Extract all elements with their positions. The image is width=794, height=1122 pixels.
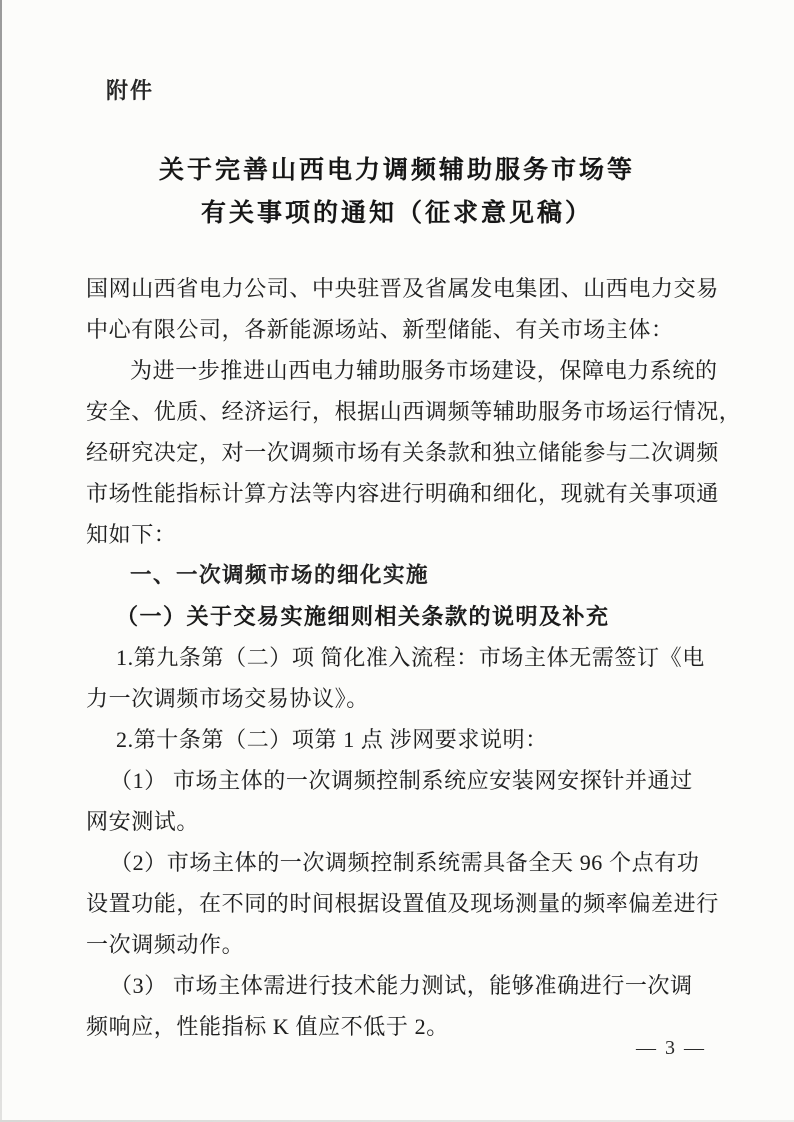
section-1-heading: 一、一次调频市场的细化实施 (86, 555, 766, 596)
document-title-line1: 关于完善山西电力调频辅助服务市场等 (0, 149, 794, 192)
recipient-line: 中心有限公司，各新能源场站、新型储能、有关市场主体： (86, 309, 766, 350)
attachment-label: 附件 (106, 74, 154, 105)
clause-1-line: 1.第九条第（二）项 简化准入流程：市场主体无需签订《电 (86, 637, 766, 678)
subclause-1-line: （1） 市场主体的一次调频控制系统应安装网安探针并通过 (86, 760, 766, 801)
subclause-2-line: （2）市场主体的一次调频控制系统需具备全天 96 个点有功 (86, 842, 766, 883)
scanned-document-page: 附件 关于完善山西电力调频辅助服务市场等 有关事项的通知（征求意见稿） 国网山西… (0, 0, 794, 1122)
subclause-2-line: 一次调频动作。 (86, 924, 766, 965)
subclause-2-line: 设置功能，在不同的时间根据设置值及现场测量的频率偏差进行 (86, 883, 766, 924)
recipient-line: 国网山西省电力公司、中央驻晋及省属发电集团、山西电力交易 (86, 268, 766, 309)
intro-paragraph-line: 经研究决定，对一次调频市场有关条款和独立储能参与二次调频 (86, 432, 766, 473)
page-number: — 3 — (636, 1036, 706, 1060)
subclause-3-line: （3） 市场主体需进行技术能力测试，能够准确进行一次调 (86, 965, 766, 1006)
intro-paragraph-line: 为进一步推进山西电力辅助服务市场建设，保障电力系统的 (86, 350, 766, 391)
document-title: 关于完善山西电力调频辅助服务市场等 有关事项的通知（征求意见稿） (0, 149, 794, 235)
intro-paragraph-line: 市场性能指标计算方法等内容进行明确和细化，现就有关事项通 (86, 473, 766, 514)
subsection-1-heading: （一）关于交易实施细则相关条款的说明及补充 (86, 596, 766, 637)
subclause-1-line: 网安测试。 (86, 801, 766, 842)
clause-1-line: 力一次调频市场交易协议》。 (86, 678, 766, 719)
intro-paragraph-line: 安全、优质、经济运行，根据山西调频等辅助服务市场运行情况， (86, 391, 766, 432)
clause-2-line: 2.第十条第（二）项第 1 点 涉网要求说明： (86, 719, 766, 760)
intro-paragraph-line: 知如下： (86, 514, 766, 555)
document-body: 国网山西省电力公司、中央驻晋及省属发电集团、山西电力交易 中心有限公司，各新能源… (86, 268, 766, 1047)
document-title-line2: 有关事项的通知（征求意见稿） (0, 192, 794, 235)
